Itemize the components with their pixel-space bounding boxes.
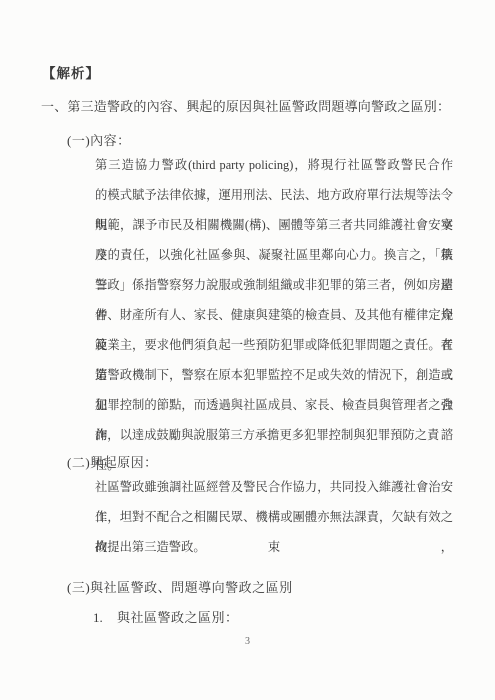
text-line: 警政」係指警察努力說服或強制組織或非犯罪的第三者，例如房屋仲介 (95, 270, 453, 300)
text-line: 作，坦對不配合之相關民眾、機構或團體亦無法課責，欠缺有效之拘束， (95, 502, 453, 532)
page-number: 3 (0, 636, 495, 647)
document-page: 【解析】 一、第三造警政的內容、興起的原因與社區警政問題導向警政之區別： (一)… (0, 0, 495, 700)
text-line: 詢，以達成鼓勵與說服第三方承擔更多犯罪控制與犯罪預防之責任。 (95, 420, 453, 450)
origin-paragraph: 社區警政雖強調社區經營及警民合作協力，共同投入維護社會治安工作，坦對不配合之相關… (95, 472, 453, 562)
text-line: 第三造協力警政(third party policing)，將現行社區警政警民合… (95, 150, 453, 180)
list-item-text: 與社區警政之區別： (117, 610, 239, 625)
analysis-heading: 【解析】 (42, 62, 100, 82)
question-heading: 一、第三造警政的內容、興起的原因與社區警政問題導向警政之區別： (41, 96, 466, 115)
text-line: 序的責任，以強化社區參與、凝聚社區里鄰向心力。換言之，「第三造 (95, 240, 453, 270)
section-label-difference: (三)與社區警政、問題導向警政之區別 (67, 577, 293, 596)
section-label-origin: (二)興起原因： (67, 452, 158, 471)
list-item-number: 1. (93, 610, 117, 626)
content-paragraph: 第三造協力警政(third party policing)，將現行社區警政警民合… (95, 150, 453, 450)
numbered-list-item: 1.與社區警政之區別： (93, 607, 239, 626)
text-line: 犯罪控制的節點，而透過與社區成員、家長、檢查員與管理者之合作諮 (95, 390, 453, 420)
text-line: 社區警政雖強調社區經營及警民合作協力，共同投入維護社會治安工 (95, 472, 453, 502)
text-line: 的模式賦予法律依據，運用刑法、民法、地方政府單行法規等法令明文 (95, 180, 453, 210)
text-line: 者、財產所有人、家長、健康與建築的檢查員、及其他有權律定規範者 (95, 300, 453, 330)
text-line: 規範，課予市民及相關機關(構)、團體等第三者共同維護社會安寧及秩 (95, 210, 453, 240)
text-line: 及業主，要求他們須負起一些預防犯罪或降低犯罪問題之責任。在第三 (95, 330, 453, 360)
text-line: 造警政機制下，警察在原本犯罪監控不足或失效的情況下，創造或加強 (95, 360, 453, 390)
section-label-content: (一)內容： (67, 130, 131, 149)
